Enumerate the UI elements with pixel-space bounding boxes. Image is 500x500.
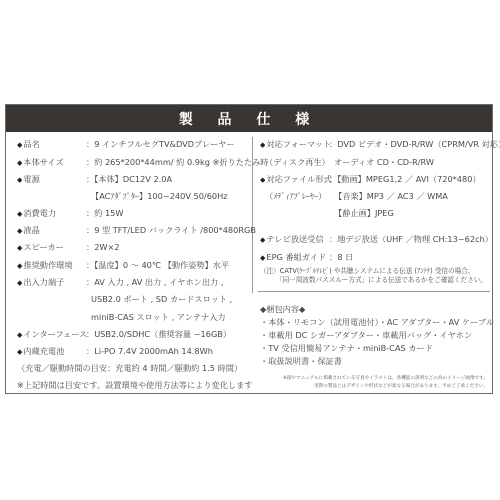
note-text: （注）CATV(ｹｰﾌﾞﾙﾃﾚﾋﾞ) や共聴システムによる伝送 (ｱﾝﾃﾅ) 受… — [260, 267, 474, 275]
spec-value: ：約 265*200*44mm/ 約 0.9kg ※折りたたみ時 — [86, 157, 269, 167]
diamond-bullet-icon: ◆ — [17, 141, 22, 149]
spec-label: 電源 — [23, 174, 39, 184]
diamond-bullet-icon: ◆ — [17, 244, 22, 252]
page-title: 製 品 仕 様 — [179, 109, 320, 129]
package-item: ・取扱説明書・保証書 — [260, 356, 342, 366]
spec-value: ：USB2.0/SDHC（推奨容量 ~16GB） — [86, 329, 231, 339]
spec-value: ：AV 入力 , AV 出力 , イヤホン出力 , — [86, 277, 223, 287]
spec-label: （ﾒﾃﾞｨｱﾌﾟﾚｰﾔｰ） — [265, 191, 326, 201]
diamond-bullet-icon: ◆ — [17, 176, 22, 184]
package-contents-title: ◆梱包内容◆ — [260, 304, 305, 314]
diamond-bullet-icon: ◆ — [17, 159, 22, 167]
spec-label: テレビ放送受信 — [266, 234, 323, 244]
image-disclaimer-line-2: 実際の製品とはデザインや形状などが異なる場合があります。予めご了承ください。 — [260, 383, 488, 390]
disclaimer-text: ※箱やマニュアルに掲載されている写真やイラストは、各機能の説明などの為のイメージ… — [283, 376, 488, 381]
spec-label: （ディスク再生） — [265, 157, 330, 167]
list-item: ・車載用 DC シガーアダプター・車載用バッグ・イヤホン — [260, 330, 472, 340]
spec-label: 消費電力 — [23, 208, 56, 218]
spec-label: スピーカー — [23, 242, 63, 252]
spec-value: 【静止画】JPEG — [334, 208, 394, 218]
spec-value: オーディオ CD・CD-R/RW — [334, 157, 434, 167]
note-text: 「同一周波数パススルー方式」による伝送であるかをご確認ください。 — [276, 276, 487, 284]
diamond-bullet-icon: ◆ — [17, 279, 22, 287]
list-item: ・TV 受信用簡易アンテナ・miniB-CAS カード — [260, 343, 433, 353]
spec-value: ：9 インチフルセグTV&DVDプレーヤー — [86, 139, 235, 149]
diamond-bullet-icon: ◆ — [260, 141, 265, 149]
spec-label: EPG 番組ガイド — [266, 252, 326, 262]
spec-value: ：9 型 TFT/LED バックライト /800*480RGB — [86, 225, 256, 235]
package-item: ・TV 受信用簡易アンテナ・miniB-CAS カード — [260, 343, 433, 353]
spec-label: 内蔵充電池 — [23, 346, 64, 356]
spec-value: miniB-CAS スロット , アンテナ入力 — [91, 312, 226, 322]
spec-value: 【ACｱﾀﾞﾌﾟﾀｰ】100~240V 50/60Hz — [91, 191, 228, 201]
spec-label: 対応フォーマット — [266, 139, 331, 149]
package-item: ・車載用 DC シガーアダプター・車載用バッグ・イヤホン — [260, 330, 472, 340]
spec-value: ：約 15W — [86, 208, 124, 218]
diamond-bullet-icon: ◆ — [17, 262, 22, 270]
spec-label: インターフェース — [23, 329, 87, 339]
section-divider — [258, 291, 490, 292]
diamond-bullet-icon: ◆ — [260, 254, 265, 262]
package-item: ・本体・リモコン（試用電池付）・AC アダプター・AV ケーブル — [260, 317, 494, 327]
spec-value: ：2W×2 — [86, 242, 120, 252]
spec-value: ：Li-PO 7.4V 2000mAh 14.8Wh — [86, 346, 213, 356]
diamond-bullet-icon: ◆ — [260, 236, 265, 244]
diamond-bullet-icon: ◆ — [260, 176, 265, 184]
diamond-bullet-icon: ◆ — [17, 210, 22, 218]
spec-value: ：地デジ放送（UHF ／物理 CH:13~62ch） — [329, 234, 493, 244]
spec-label: 推奨動作環境 — [23, 260, 72, 270]
diamond-bullet-icon: ◆ — [17, 331, 22, 339]
list-item: ・本体・リモコン（試用電池付）・AC アダプター・AV ケーブル — [260, 317, 494, 327]
spec-value: ：DVD ビデオ・DVD-R/RW（CPRM/VR 対応） — [329, 139, 500, 149]
note-text: （充電／駆動時間の目安：充電約 4 時間／駆動約 1.5 時間） — [17, 363, 242, 373]
diamond-bullet-icon: ◆ — [17, 227, 22, 235]
spec-label: 液晶 — [23, 225, 39, 235]
spec-label: 品名 — [23, 139, 39, 149]
spec-value: 【音楽】MP3 ／ AC3 ／ WMA — [334, 191, 448, 201]
section-heading: ◆梱包内容◆ — [260, 304, 305, 314]
spec-title-bar: 製 品 仕 様 — [6, 105, 492, 132]
disclaimer-text: 実際の製品とはデザインや形状などが異なる場合があります。予めご了承ください。 — [314, 384, 488, 389]
spec-label: 本体サイズ — [23, 157, 63, 167]
spec-value: ：8 日 — [329, 252, 353, 262]
spec-panel: 製 品 仕 様 ◆品名 ：9 インチフルセグTV&DVDプレーヤー ◆本体サイズ… — [5, 104, 493, 394]
catv-note-line-2: 「同一周波数パススルー方式」による伝送であるかをご確認ください。 — [276, 276, 487, 285]
catv-note-line-1: （注）CATV(ｹｰﾌﾞﾙﾃﾚﾋﾞ) や共聴システムによる伝送 (ｱﾝﾃﾅ) 受… — [260, 267, 474, 276]
spec-value: ：【温度】0 ～ 40℃ 【動作姿勢】水平 — [86, 260, 229, 270]
note-text: ※上記時間は目安です。設置環境や使用方法等により変化します — [17, 380, 252, 390]
spec-value: ：【動画】MPEG1,2 ／ AVI（720*480） — [329, 174, 481, 184]
spec-label: 出入力端子 — [23, 277, 64, 287]
spec-value: USB2.0 ポート , SD カードスロット , — [91, 294, 232, 304]
spec-label: 対応ファイル形式 — [266, 174, 331, 184]
spec-value: ：【本体】DC12V 2.0A — [86, 174, 172, 184]
diamond-bullet-icon: ◆ — [17, 348, 22, 356]
image-disclaimer-line-1: ※箱やマニュアルに掲載されている写真やイラストは、各機能の説明などの為のイメージ… — [260, 375, 488, 382]
list-item: ・取扱説明書・保証書 — [260, 356, 342, 366]
